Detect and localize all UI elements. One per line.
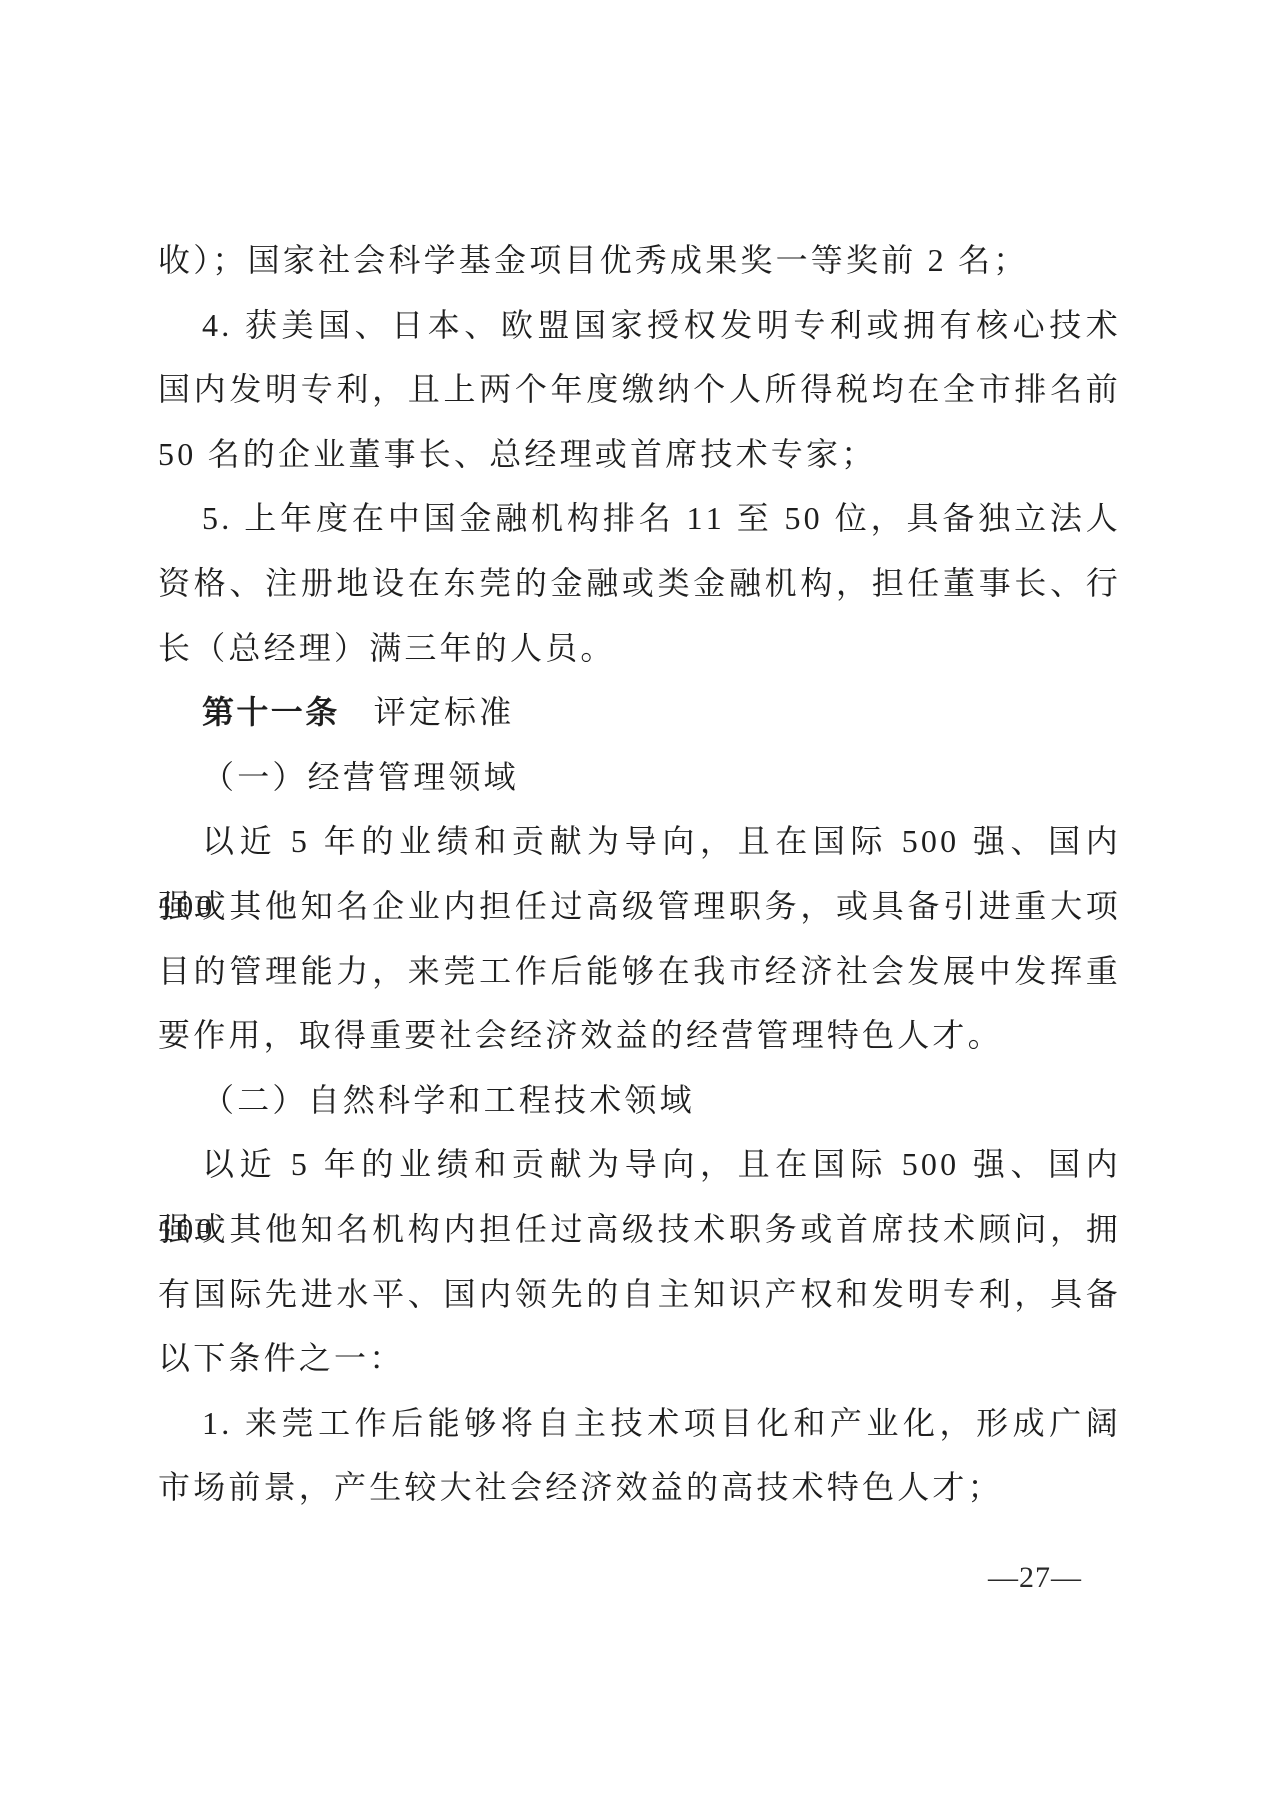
- text-line: 收）；国家社会科学基金项目优秀成果奖一等奖前 2 名；: [158, 228, 1121, 293]
- page-number: —27—: [988, 1558, 1118, 1598]
- article-number-label: 第十一条: [202, 694, 340, 730]
- article-title-label: 评定标准: [374, 694, 515, 730]
- text-line: 4. 获美国、日本、欧盟国家授权发明专利或拥有核心技术: [158, 293, 1121, 358]
- text-line: 国内发明专利，且上两个年度缴纳个人所得税均在全市排名前: [158, 357, 1121, 422]
- text-line: 1. 来莞工作后能够将自主技术项目化和产业化，形成广阔: [158, 1391, 1121, 1456]
- text-line: 要作用，取得重要社会经济效益的经营管理特色人才。: [158, 1003, 1121, 1068]
- heading-line: 第十一条评定标准: [158, 680, 1121, 745]
- text-line: 5. 上年度在中国金融机构排名 11 至 50 位，具备独立法人: [158, 486, 1121, 551]
- text-line: （一）经营管理领域: [158, 745, 1121, 810]
- text-line: 以近 5 年的业绩和贡献为导向，且在国际 500 强、国内 100: [158, 1132, 1121, 1197]
- text-line: 强或其他知名企业内担任过高级管理职务，或具备引进重大项: [158, 874, 1121, 939]
- text-line: 有国际先进水平、国内领先的自主知识产权和发明专利，具备: [158, 1262, 1121, 1327]
- text-line: 市场前景，产生较大社会经济效益的高技术特色人才；: [158, 1455, 1121, 1520]
- text-line: 以下条件之一：: [158, 1326, 1121, 1391]
- document-page: 收）；国家社会科学基金项目优秀成果奖一等奖前 2 名；4. 获美国、日本、欧盟国…: [0, 0, 1280, 1810]
- text-line: 强或其他知名机构内担任过高级技术职务或首席技术顾问，拥: [158, 1197, 1121, 1262]
- text-line: 50 名的企业董事长、总经理或首席技术专家；: [158, 422, 1121, 487]
- text-line: 以近 5 年的业绩和贡献为导向，且在国际 500 强、国内 100: [158, 809, 1121, 874]
- text-line: 目的管理能力，来莞工作后能够在我市经济社会发展中发挥重: [158, 939, 1121, 1004]
- text-line: （二）自然科学和工程技术领域: [158, 1068, 1121, 1133]
- text-line: 长（总经理）满三年的人员。: [158, 616, 1121, 681]
- text-line: 资格、注册地设在东莞的金融或类金融机构，担任董事长、行: [158, 551, 1121, 616]
- document-body: 收）；国家社会科学基金项目优秀成果奖一等奖前 2 名；4. 获美国、日本、欧盟国…: [158, 228, 1121, 1520]
